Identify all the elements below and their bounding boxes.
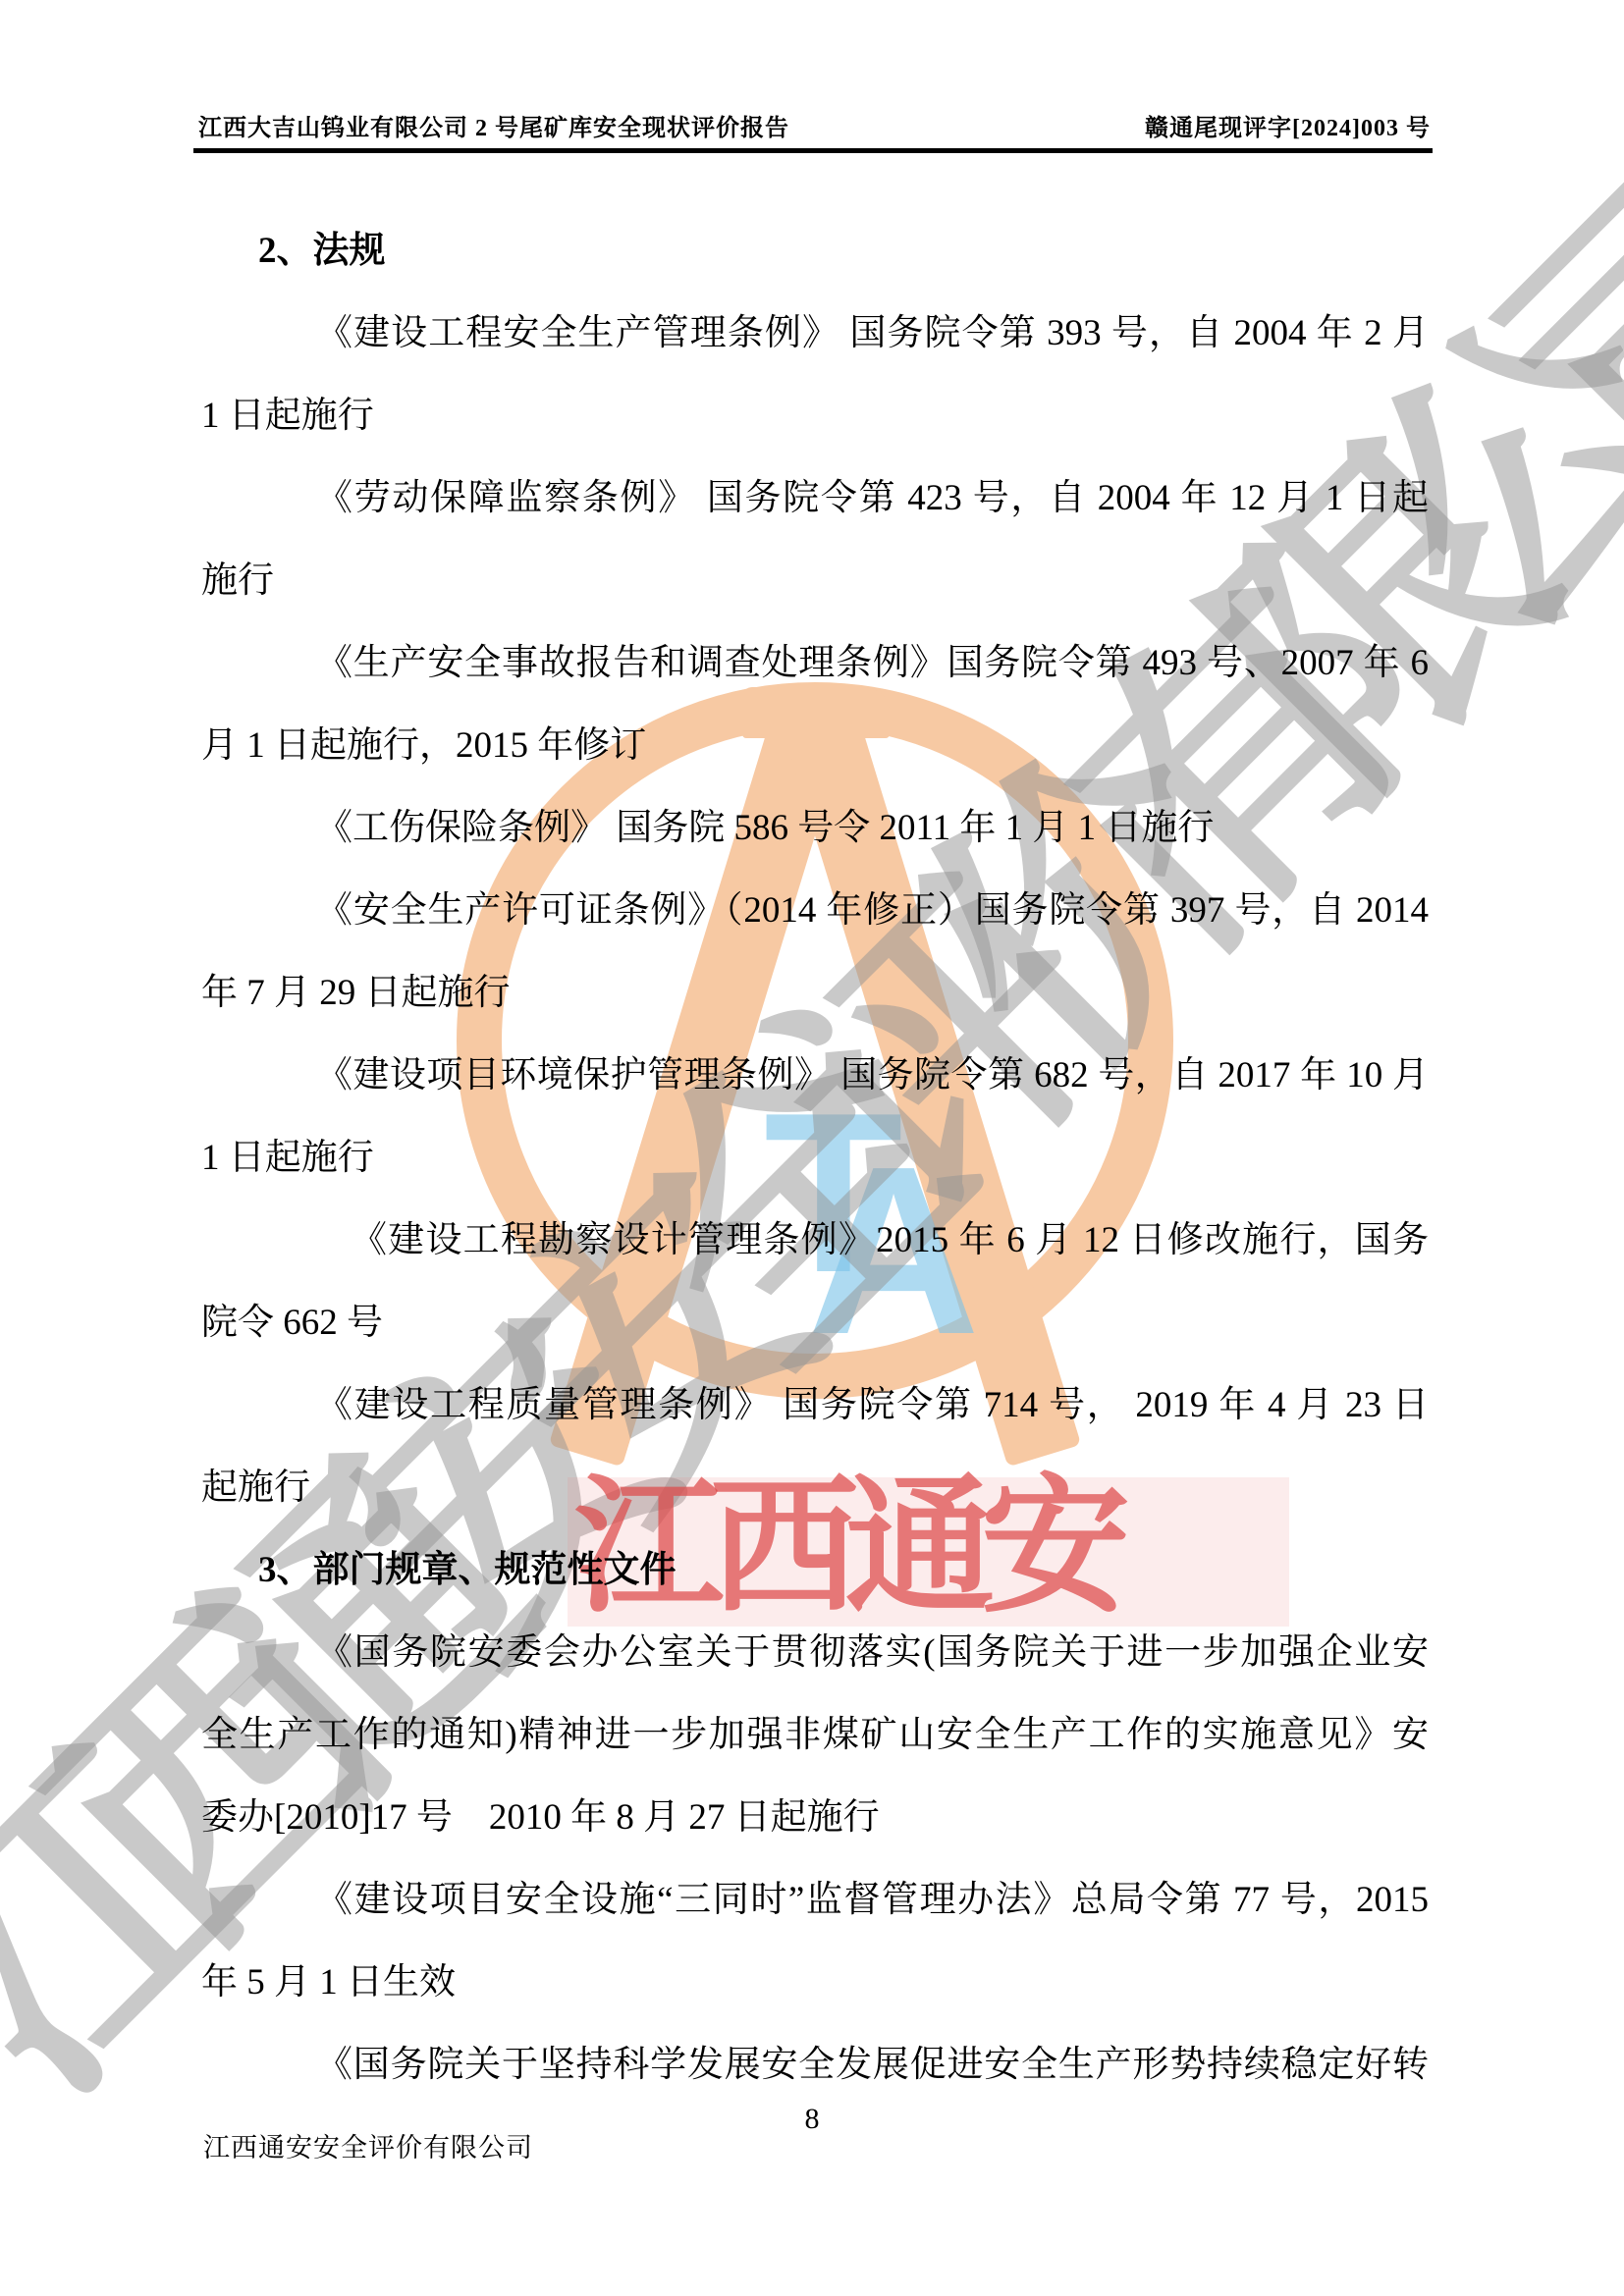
- body-text-block: 2、法规《建设工程安全生产管理条例》 国务院令第 393 号，自 2004 年 …: [201, 210, 1429, 2107]
- body-line: 1 日起施行: [201, 375, 1429, 457]
- body-line: 《劳动保障监察条例》 国务院令第 423 号，自 2004 年 12 月 1 日…: [201, 457, 1429, 540]
- body-line: 《安全生产许可证条例》（2014 年修正）国务院令第 397 号，自 2014: [201, 870, 1429, 952]
- body-line: 施行: [201, 540, 1429, 622]
- body-line: 1 日起施行: [201, 1117, 1429, 1200]
- body-line: 《工伤保险条例》 国务院 586 号令 2011 年 1 月 1 日施行: [201, 787, 1429, 870]
- report-page: T A 江西通安安全评价有限公司 江西通安 江西大吉山钨业有限公司 2 号尾矿库…: [0, 0, 1624, 2296]
- body-line: 《建设工程安全生产管理条例》 国务院令第 393 号，自 2004 年 2 月: [201, 293, 1429, 375]
- body-line: 起施行: [201, 1447, 1429, 1529]
- body-line: 年 7 月 29 日起施行: [201, 952, 1429, 1035]
- body-line: 《建设工程勘察设计管理条例》2015 年 6 月 12 日修改施行，国务: [201, 1200, 1429, 1282]
- body-line: 《建设项目环境保护管理条例》 国务院令第 682 号，自 2017 年 10 月: [201, 1035, 1429, 1117]
- body-line: 《建设项目安全设施“三同时”监督管理办法》总局令第 77 号，2015: [201, 1859, 1429, 1942]
- body-line: 委办[2010]17 号 2010 年 8 月 27 日起施行: [201, 1777, 1429, 1859]
- body-line: 年 5 月 1 日生效: [201, 1942, 1429, 2024]
- header-report-title: 江西大吉山钨业有限公司 2 号尾矿库安全现状评价报告: [198, 108, 789, 142]
- body-line: 《国务院安委会办公室关于贯彻落实(国务院关于进一步加强企业安: [201, 1612, 1429, 1694]
- body-line: 月 1 日起施行，2015 年修订: [201, 705, 1429, 787]
- body-line: 《国务院关于坚持科学发展安全发展促进安全生产形势持续稳定好转: [201, 2024, 1429, 2107]
- header-rule: [193, 148, 1433, 153]
- section-heading: 2、法规: [201, 210, 1429, 293]
- header-doc-number: 赣通尾现评字[2024]003 号: [1145, 108, 1431, 142]
- section-heading: 3、部门规章、规范性文件: [201, 1529, 1429, 1612]
- body-line: 院令 662 号: [201, 1282, 1429, 1364]
- body-line: 《建设工程质量管理条例》 国务院令第 714 号， 2019 年 4 月 23 …: [201, 1364, 1429, 1447]
- body-line: 全生产工作的通知)精神进一步加强非煤矿山安全生产工作的实施意见》安: [201, 1694, 1429, 1777]
- footer-company-name: 江西通安安全评价有限公司: [203, 2126, 533, 2164]
- body-line: 《生产安全事故报告和调查处理条例》国务院令第 493 号、2007 年 6: [201, 622, 1429, 705]
